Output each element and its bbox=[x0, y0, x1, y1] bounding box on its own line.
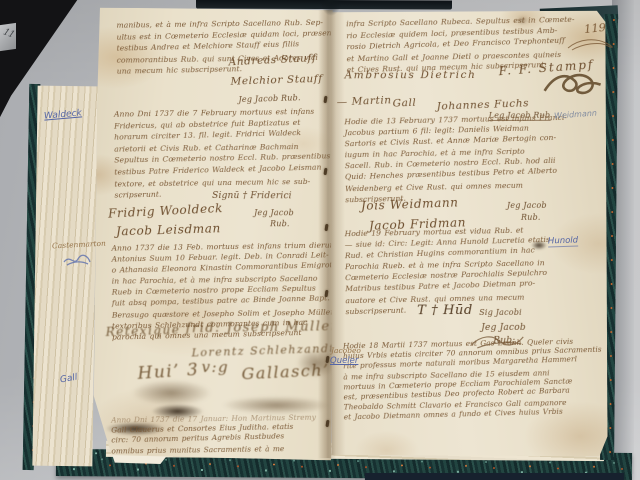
manuscript-page-left: manibus, et à me infra Scripto Sacellano… bbox=[91, 8, 333, 461]
signature-scrawl: Gallasch’ bbox=[241, 360, 330, 383]
page-number-flourish bbox=[566, 36, 614, 52]
ink-scribble bbox=[543, 67, 605, 99]
blue-scribble bbox=[62, 252, 92, 268]
page-stack-left-edge bbox=[32, 86, 97, 467]
witness-mark: T † Hūd bbox=[417, 303, 473, 318]
witness-mark: Sig Jacobi bbox=[479, 308, 522, 317]
entry-block: manibus, et à me infra Scripto Sacellano… bbox=[116, 20, 351, 79]
ink-blot bbox=[516, 17, 528, 24]
signature: Ambrosius Dietrich bbox=[345, 69, 477, 81]
clamp-patch: 11 bbox=[0, 23, 16, 51]
ink-blot bbox=[131, 380, 211, 406]
witness-mark: Signū † Friderici bbox=[212, 191, 292, 201]
manuscript-line: testibus Patre Friderico Waldeck et Jaco… bbox=[114, 163, 330, 176]
clamp-mark: 11 bbox=[1, 27, 16, 40]
signature-scrawl: Retexique bbox=[105, 323, 180, 339]
signature: Jeg Jacob bbox=[254, 208, 294, 217]
signature: Fridrig Wooldeck bbox=[108, 201, 223, 221]
entry-block: Anno Dni 1737 die 7 February mortuus est… bbox=[114, 109, 331, 203]
signature-scrawl: frid: Joseph Müller bbox=[186, 319, 339, 336]
manuscript-line: omnibus prius munitus Sacramentis et à m… bbox=[111, 444, 316, 455]
ink-blot bbox=[221, 396, 331, 414]
page-number: 119 bbox=[583, 20, 606, 36]
entry-block: Anno Dni 1737 die 17 Januar: Hon Martinu… bbox=[111, 415, 316, 457]
signature: Jacob Leisdman bbox=[116, 221, 221, 238]
entry-block: Hodie 18 Martii 1737 mortuus est Gas Leo… bbox=[343, 340, 603, 425]
signature: Rub. bbox=[521, 213, 541, 222]
manuscript-line: horarum circiter 13. fil. legit. Fridric… bbox=[114, 129, 330, 142]
entry-block: Hodie die 13 February 1737 mortuus est i… bbox=[344, 116, 568, 207]
signature: Jeg Jacob Rub. bbox=[238, 93, 300, 104]
manuscript-line: textore, et obstetrice qui una mecum hic… bbox=[114, 177, 330, 188]
signature: — Martin bbox=[336, 94, 391, 108]
signature: Melchior Stauff bbox=[230, 73, 323, 88]
ink-blot bbox=[531, 241, 547, 250]
margin-note-queler: Queler bbox=[330, 356, 358, 366]
signature: Gall bbox=[392, 97, 416, 110]
book-gutter-shadow bbox=[320, 0, 342, 16]
book-gutter bbox=[318, 10, 336, 458]
manuscript-line: circ: 70 annorum peritus Agrebis Rustbud… bbox=[111, 432, 316, 445]
manuscript-line: fuit absq pompa, testibus patre ac Binde… bbox=[112, 295, 338, 309]
signature: Jeg Jacob bbox=[507, 201, 547, 210]
signature: Rub. bbox=[270, 219, 290, 228]
signature-scrawl: v:g bbox=[202, 358, 230, 376]
signature: Jois Weidmann bbox=[361, 195, 459, 213]
margin-note-jacobeo: Jacobeo bbox=[331, 346, 361, 355]
manuscript-line: testibus Andrea et Melchiore Stauff eius… bbox=[117, 39, 352, 53]
margin-note-hunold: Hunold bbox=[548, 235, 578, 247]
